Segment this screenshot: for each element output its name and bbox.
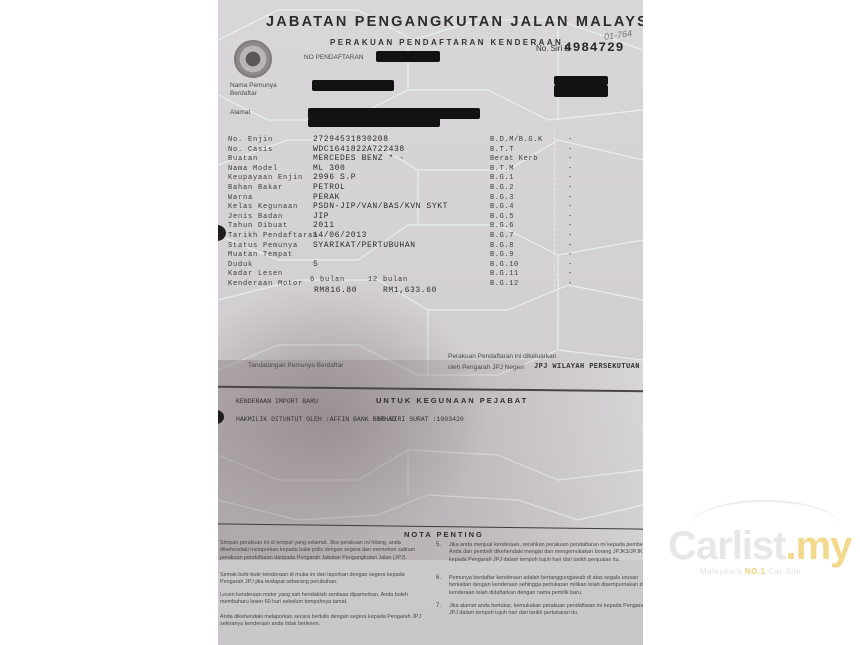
note-paragraph: Anda dikehendaki melaporkan secara bertu… [220,614,426,629]
detail-value: 2011 [313,221,335,230]
weight-value: - [568,203,573,211]
weight-value: - [568,280,573,288]
weight-label: B.G.11 [490,270,519,278]
detail-value: PSDN-JIP/VAN/BAS/KVN SYKT [313,202,448,211]
note-paragraph: Jika anda menjual kenderaan, serahkan pe… [449,542,643,564]
serial-number: 4984729 [564,40,624,55]
detail-label: Tahun Dibuat [228,222,288,230]
weight-label: B.G.12 [490,280,519,288]
weight-row: B.D.M/B.G.K- [490,136,543,146]
weight-value: - [568,242,573,250]
weight-label: B.G.3 [490,194,514,202]
weight-value: - [568,251,573,259]
weight-row: B.T.T- [490,146,543,156]
weight-label: B.G.8 [490,242,514,250]
six-month-rate: RM816.80 [314,286,357,295]
weight-value: - [568,194,573,202]
weight-label: B.G.9 [490,251,514,259]
weight-label: B.D.M/B.G.K [490,136,543,144]
note-number: 5. [436,542,441,548]
watermark-tld: .my [786,524,852,568]
weight-value: - [568,174,573,182]
detail-label: Nama Model [228,165,278,173]
detail-value: JIP [313,212,329,221]
document-subtitle: PERAKUAN PENDAFTARAN KENDERAAN [330,38,563,47]
detail-value: 27294531830208 [313,135,389,144]
registration-no-label: NO PENDAFTARAN [304,54,363,61]
detail-label: No. Enjin [228,136,273,144]
weight-value: - [568,222,573,230]
detail-value: PETROL [313,183,345,192]
redacted-owner-id [554,85,608,97]
weight-row: B.G.11- [490,270,543,280]
tagline-suffix: Car Site [768,567,801,576]
important-notes-heading: NOTA PENTING [404,530,484,539]
detail-label: Keupayaan Enjin [228,174,303,182]
twelve-month-label: 12 bulan [368,276,408,284]
weight-label: B.G.4 [490,203,514,211]
issuing-office: JPJ WILAYAH PERSEKUTUAN 01 [534,363,643,371]
weight-value: - [568,165,573,173]
owner-label: Nama Pemunya [230,82,277,89]
weight-label: B.T.T [490,146,514,154]
weight-row: B.G.8- [490,242,543,252]
weight-label: B.G.5 [490,213,514,221]
weight-label: B.G.7 [490,232,514,240]
tagline-prefix: Malaysia's [700,567,742,576]
address-label: Alamat [230,109,250,116]
detail-label: Muatan Tempat [228,251,293,259]
note-paragraph: Semak butir-butir kenderaan di muka ini … [220,572,426,587]
registration-certificate: JABATAN PENGANGKUTAN JALAN MALAYSIA PERA… [218,0,643,645]
note-paragraph: Jika alamat anda bertukar, kemukakan per… [449,603,643,618]
twelve-month-rate: RM1,633.60 [383,286,437,295]
note-number: 7. [436,603,441,609]
note-number: 6. [436,575,441,581]
detail-value: 5 [313,260,318,269]
detail-label: Jenis Badan [228,213,283,221]
owner-signature-label: Tandatangan Pemunya Berdaftar [248,362,343,369]
owner-label-2: Berdaftar [230,90,257,97]
weight-value: - [568,146,573,154]
weight-label: B.T.M [490,165,514,173]
detail-value: 2996 S.P [313,173,356,182]
redacted-address [308,118,440,127]
detail-value: SYARIKAT/PERTUBUHAN [313,241,416,250]
weight-label: B.G.10 [490,261,519,269]
detail-label: Buatan [228,155,258,163]
issued-by-line1: Perakuan Pendaftaran ini dikeluarkan [448,353,556,360]
weight-value: - [568,270,573,278]
detail-value: WDC1641822A722438 [313,145,405,154]
weight-row: B.G.5- [490,213,543,223]
import-note: KENDERAAN IMPORT BARU [236,398,318,405]
weight-row: B.G.12- [490,280,543,290]
detail-value: ML 300 [313,164,345,173]
detail-label: Bahan Bakar [228,184,283,192]
redacted-owner-name [312,80,394,91]
weight-row: B.T.M- [490,165,543,175]
weight-row: B.G.9- [490,251,543,261]
watermark-tagline: Malaysia's NO.1 Car Site [700,567,801,576]
detail-label: Duduk [228,261,253,269]
weight-label: Berat Kerb [490,155,538,163]
weight-value: - [568,261,573,269]
detail-label: Kenderaan Motor [228,280,303,288]
weight-row: B.G.10- [490,261,543,271]
six-month-label: 6 bulan [310,276,345,284]
letter-serial: NO SIRI SURAT :1003420 [378,416,464,423]
weight-label: B.G.6 [490,222,514,230]
weight-value: - [568,213,573,221]
watermark-brand: Carlist [668,524,786,568]
weight-row: B.G.6- [490,222,543,232]
detail-value: MERCEDES BENZ * - [313,154,405,163]
tagline-accent: NO.1 [745,567,766,576]
detail-value: 14/06/2013 [313,231,367,240]
weight-list: B.D.M/B.G.K-B.T.T-Berat Kerb-B.T.M-B.G.1… [490,136,543,290]
weight-label: B.G.1 [490,174,514,182]
weight-row: B.G.7- [490,232,543,242]
column-divider [554,132,556,292]
weight-value: - [568,155,573,163]
detail-label: Kelas Kegunaan [228,203,298,211]
weight-row: Berat Kerb- [490,155,543,165]
note-paragraph: Simpan perakuan ini di tempat yang selam… [220,540,426,562]
weight-value: - [568,184,573,192]
redacted-owner-id [554,76,608,85]
weight-row: B.G.3- [490,194,543,204]
weight-row: B.G.1- [490,174,543,184]
weight-label: B.G.2 [490,184,514,192]
issued-by-line2: oleh Pengarah JPJ Negeri [448,364,524,371]
weight-value: - [568,136,573,144]
detail-label: Status Pemunya [228,242,298,250]
detail-label: Warna [228,194,253,202]
weight-value: - [568,232,573,240]
redacted-registration-no [376,51,440,62]
note-paragraph: Pemunya berdaftar kenderaan adalah berta… [449,575,643,597]
detail-label: Tarikh Pendaftaran [228,232,318,240]
office-use-heading: UNTUK KEGUNAAN PEJABAT [376,396,528,405]
detail-value: PERAK [313,193,340,202]
note-paragraph: Lesen kenderaan motor yang sah hendaklah… [220,592,426,607]
detail-label: No. Casis [228,146,273,154]
document-title: JABATAN PENGANGKUTAN JALAN MALAYSIA [266,14,643,30]
weight-row: B.G.2- [490,184,543,194]
ownership-claim: HAKMILIK DITUNTUT OLEH :AFFIN BANK BERHA… [236,416,396,423]
detail-label: Kadar Lesen [228,270,283,278]
weight-row: B.G.4- [490,203,543,213]
carlist-watermark: Carlist.my [668,524,851,569]
jpj-crest-icon [234,40,272,78]
